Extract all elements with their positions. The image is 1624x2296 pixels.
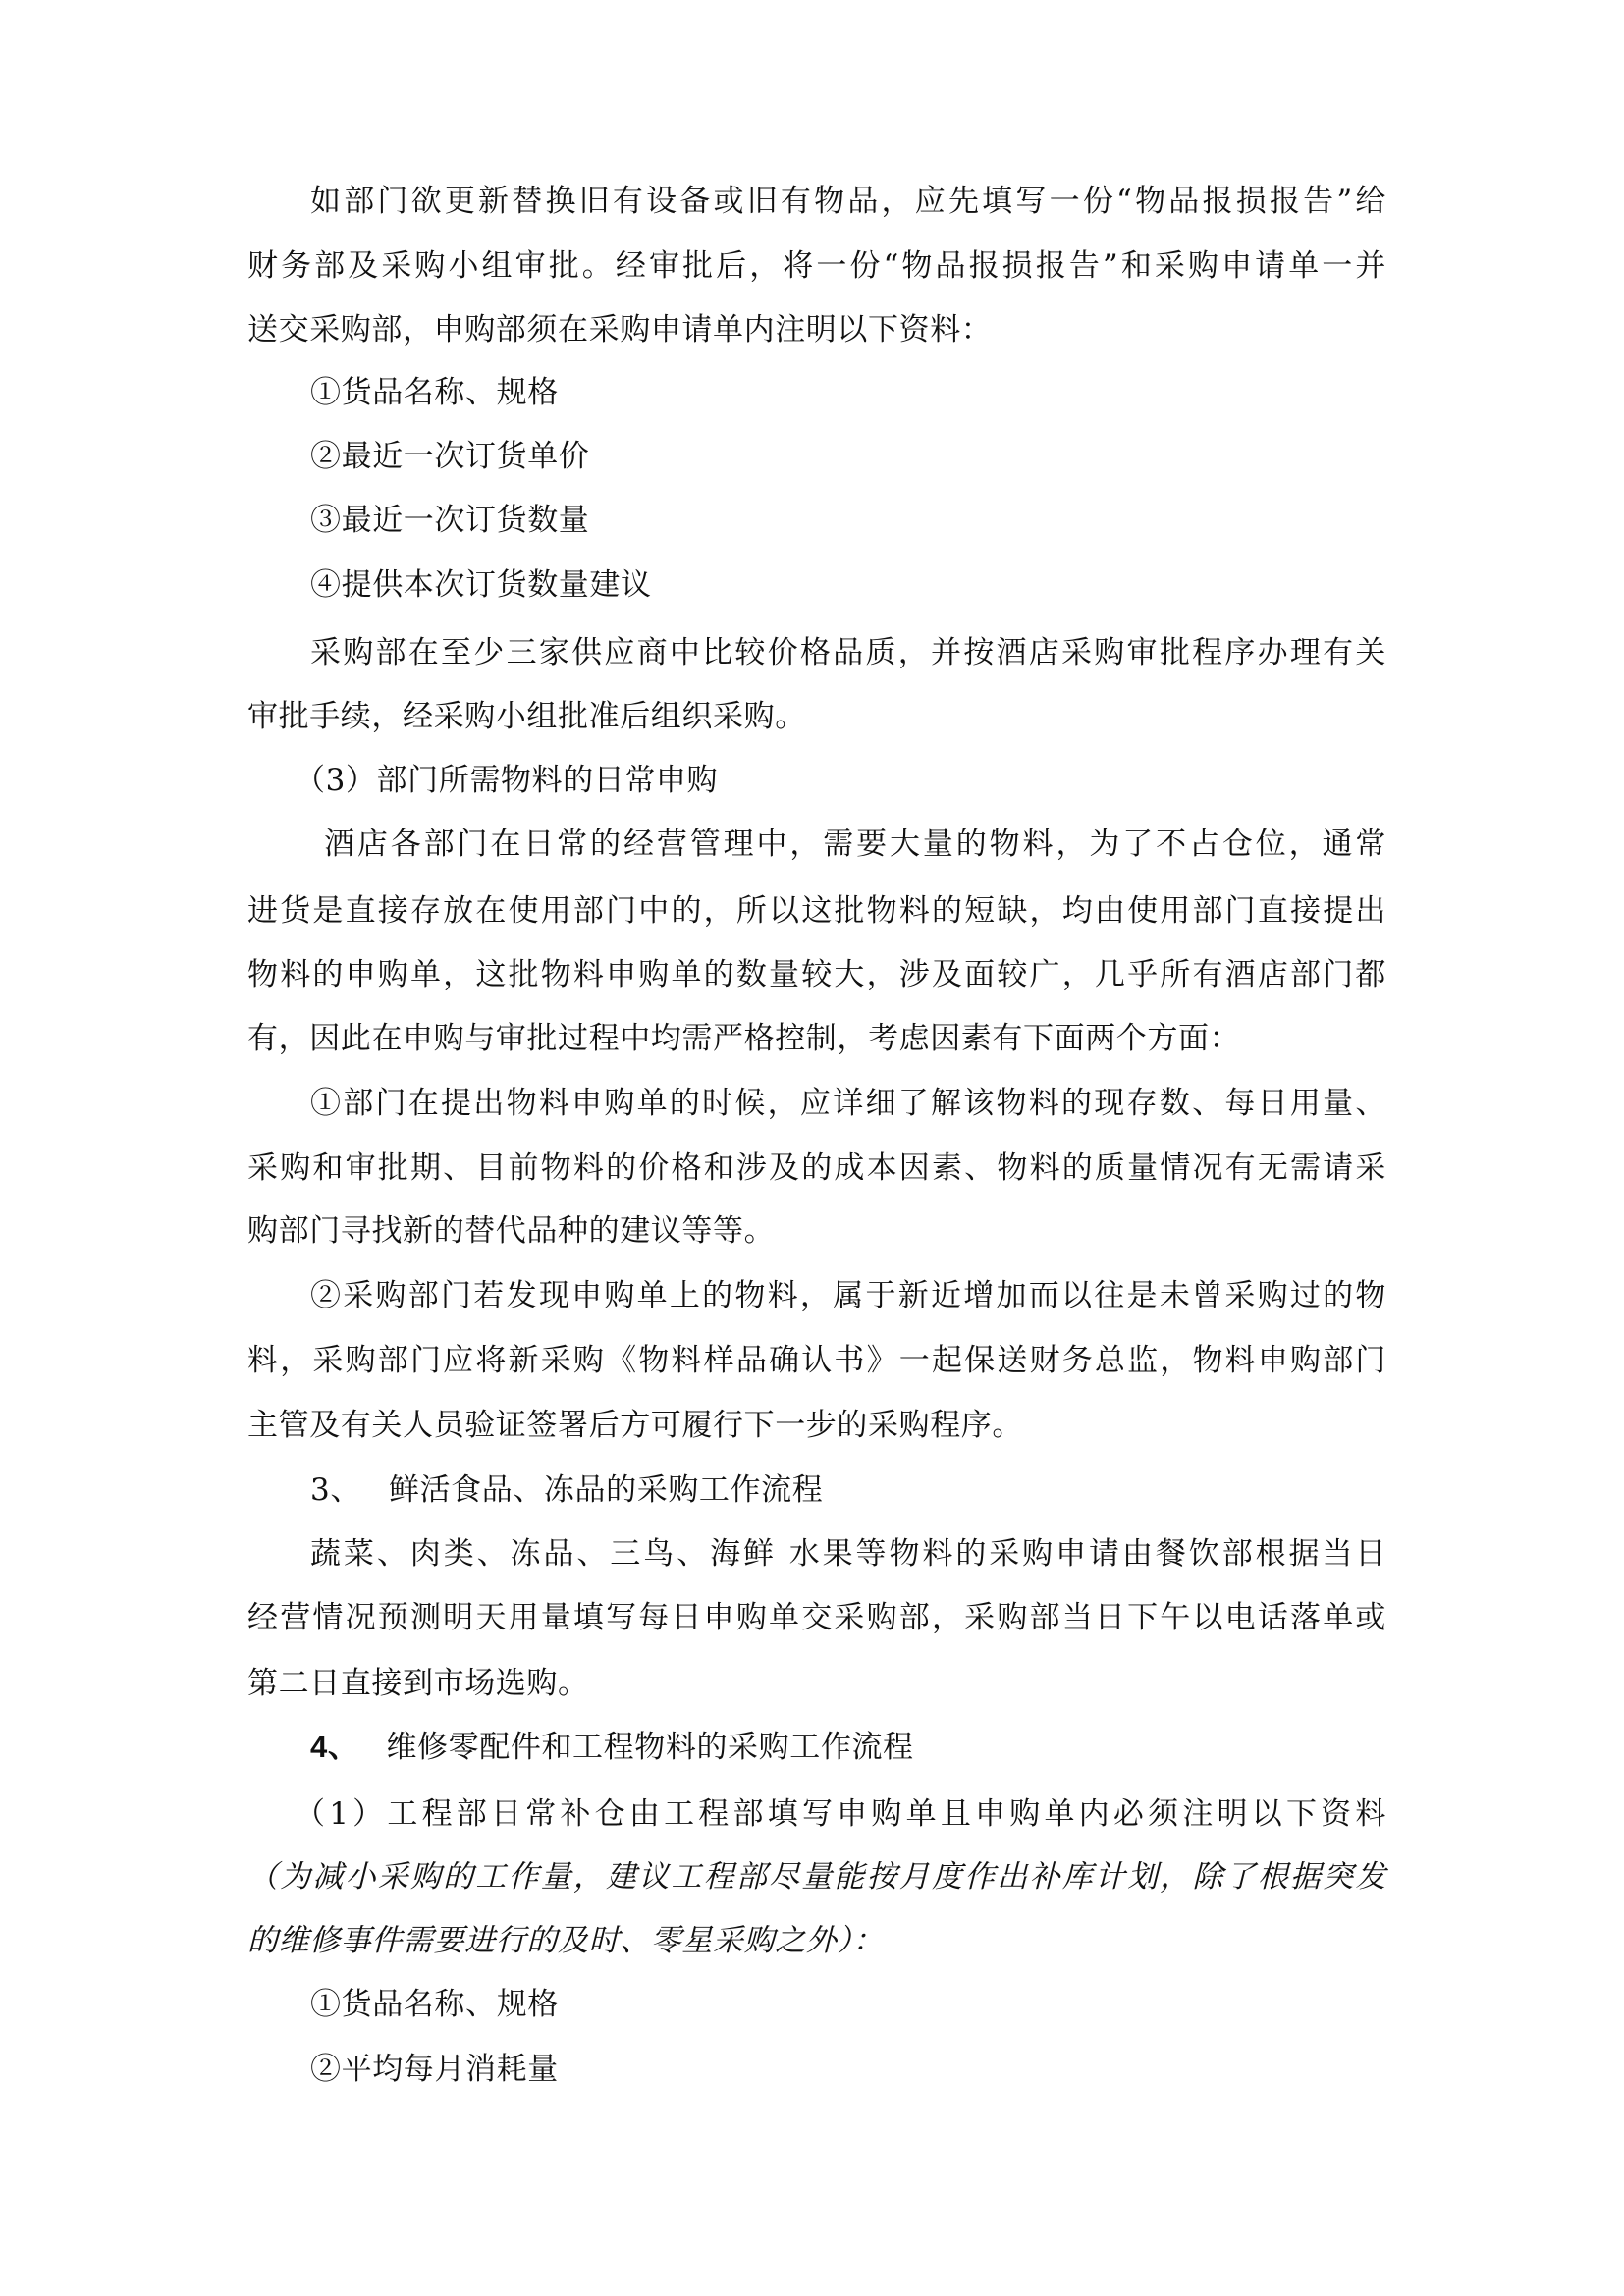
list-item: ③最近一次订货数量 bbox=[310, 501, 1386, 540]
paragraph-line: 财务部及采购小组审批。经审批后，将一份“物品报损报告”和采购申请单一并 bbox=[247, 246, 1386, 286]
paragraph-line: ①部门在提出物料申购单的时候，应详细了解该物料的现存数、每日用量、 bbox=[310, 1084, 1386, 1123]
paragraph-line: 采购部在至少三家供应商中比较价格品质，并按酒店采购审批程序办理有关 bbox=[310, 633, 1386, 672]
subsection-heading: （3）部门所需物料的日常申购 bbox=[295, 761, 1386, 800]
paragraph-line: 如部门欲更新替换旧有设备或旧有物品，应先填写一份“物品报损报告”给 bbox=[310, 182, 1386, 221]
paragraph-line: ②采购部门若发现申购单上的物料，属于新近增加而以往是未曾采购过的物 bbox=[310, 1276, 1386, 1315]
list-item: ④提供本次订货数量建议 bbox=[310, 565, 1386, 605]
paragraph-line: （1）工程部日常补仓由工程部填写申购单且申购单内必须注明以下资料 bbox=[295, 1794, 1386, 1834]
list-item: ①货品名称、规格 bbox=[310, 1985, 1386, 2024]
paragraph-line: 审批手续，经采购小组批准后组织采购。 bbox=[247, 697, 1386, 736]
list-item: ②平均每月消耗量 bbox=[310, 2050, 1386, 2089]
section-heading: 4、维修零配件和工程物料的采购工作流程 bbox=[310, 1728, 1386, 1767]
document-page: 如部门欲更新替换旧有设备或旧有物品，应先填写一份“物品报损报告”给 财务部及采购… bbox=[0, 0, 1624, 2296]
list-item: ②最近一次订货单价 bbox=[310, 437, 1386, 476]
section-number: 3、 bbox=[310, 1472, 361, 1508]
paragraph-line: 料，采购部门应将新采购《物料样品确认书》一起保送财务总监，物料申购部门 bbox=[247, 1341, 1386, 1380]
paragraph-line: 物料的申购单，这批物料申购单的数量较大，涉及面较广，几乎所有酒店部门都 bbox=[247, 955, 1386, 994]
section-title: 维修零配件和工程物料的采购工作流程 bbox=[386, 1730, 913, 1765]
paragraph-line: 有，因此在申购与审批过程中均需严格控制，考虑因素有下面两个方面： bbox=[247, 1019, 1386, 1058]
list-item: ①货品名称、规格 bbox=[310, 373, 1386, 412]
section-title: 鲜活食品、冻品的采购工作流程 bbox=[389, 1472, 823, 1508]
paragraph-line: 采购和审批期、目前物料的价格和涉及的成本因素、物料的质量情况有无需请采 bbox=[247, 1148, 1386, 1188]
paragraph-line: 经营情况预测明天用量填写每日申购单交采购部，采购部当日下午以电话落单或 bbox=[247, 1598, 1386, 1637]
paragraph-line: 购部门寻找新的替代品种的建议等等。 bbox=[247, 1211, 1386, 1251]
paragraph-line: 酒店各部门在日常的经营管理中，需要大量的物料，为了不占仓位，通常 bbox=[324, 825, 1386, 864]
paragraph-line: 主管及有关人员验证签署后方可履行下一步的采购程序。 bbox=[247, 1406, 1386, 1445]
paragraph-line: 进货是直接存放在使用部门中的，所以这批物料的短缺，均由使用部门直接提出 bbox=[247, 891, 1386, 931]
paragraph-line: 第二日直接到市场选购。 bbox=[247, 1664, 1386, 1703]
section-number: 4、 bbox=[310, 1730, 358, 1764]
paragraph-line: 蔬菜、肉类、冻品、三鸟、海鲜 水果等物料的采购申请由餐饮部根据当日 bbox=[310, 1534, 1386, 1574]
note-line: （为减小采购的工作量，建议工程部尽量能按月度作出补库计划，除了根据突发 bbox=[247, 1857, 1386, 1896]
note-line: 的维修事件需要进行的及时、零星采购之外）： bbox=[247, 1921, 1386, 1960]
paragraph-line: 送交采购部，申购部须在采购申请单内注明以下资料： bbox=[247, 310, 1386, 349]
section-heading: 3、鲜活食品、冻品的采购工作流程 bbox=[310, 1470, 1386, 1510]
